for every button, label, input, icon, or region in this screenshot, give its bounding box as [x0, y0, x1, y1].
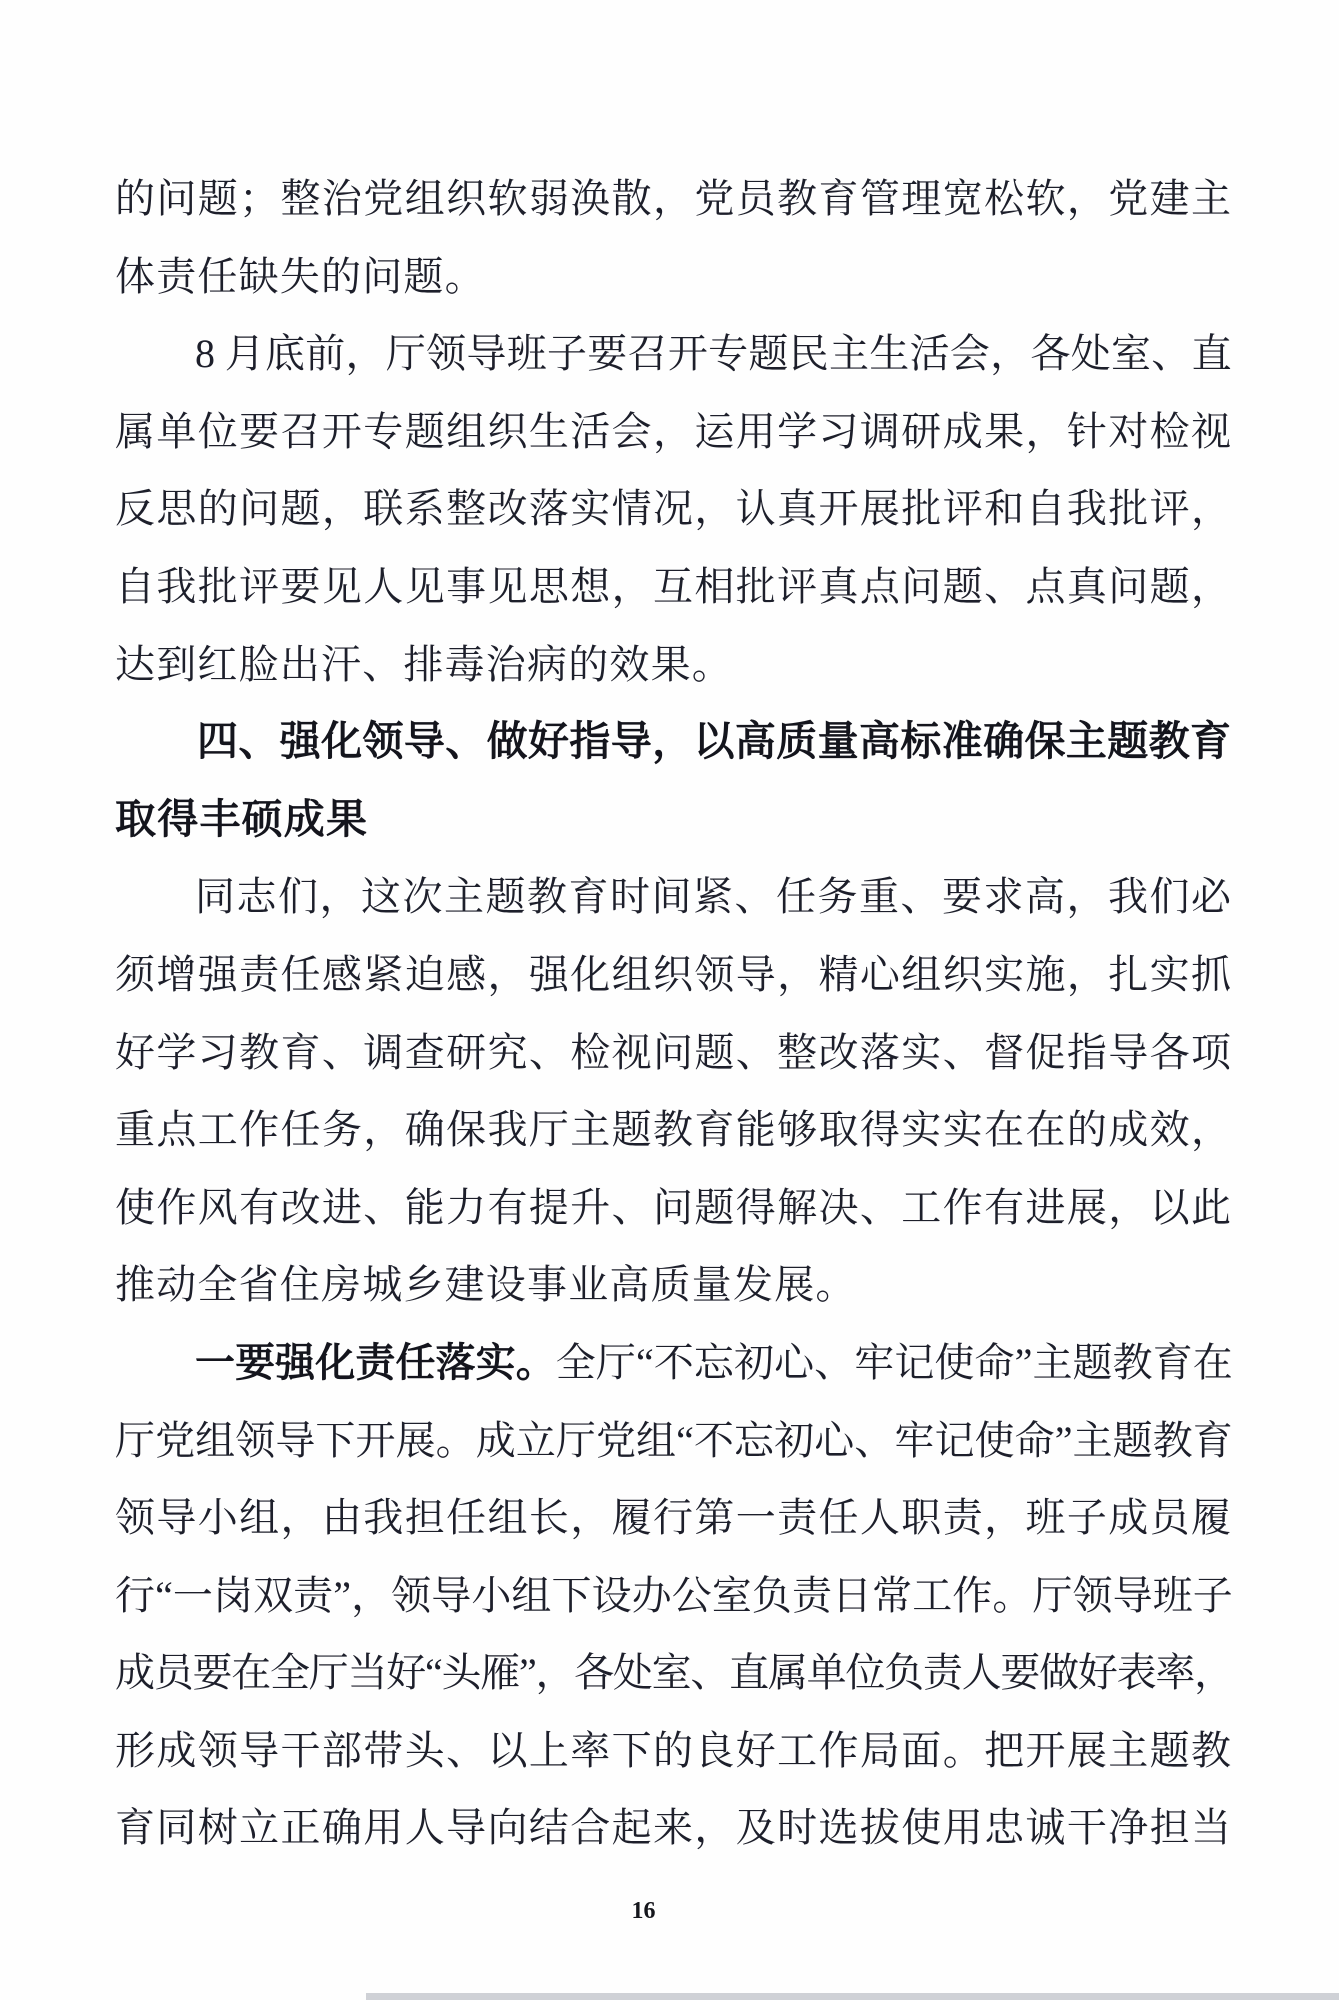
scan-edge-artifact — [366, 1993, 1339, 2000]
page-number: 16 — [0, 1898, 1313, 1925]
text-line: 使作风有改进、能力有提升、问题得解决、工作有进展，以此 — [115, 1169, 1231, 1247]
text-line: 8 月底前，厅领导班子要召开专题民主生活会，各处室、直 — [115, 315, 1231, 393]
run-in-emphasis: 一要强化责任落实。 — [195, 1341, 556, 1385]
text-line: 好学习教育、调查研究、检视问题、整改落实、督促指导各项 — [115, 1014, 1231, 1092]
text-run: 全厅“不忘初心、牢记使命”主题教育在 — [556, 1340, 1231, 1385]
text-line: 厅党组领导下开展。成立厅党组“不忘初心、牢记使命”主题教育 — [115, 1402, 1231, 1480]
text-line: 体责任缺失的问题。 — [115, 238, 1231, 316]
text-line: 领导小组，由我担任组长，履行第一责任人职责，班子成员履 — [115, 1479, 1231, 1557]
text-line: 一要强化责任落实。全厅“不忘初心、牢记使命”主题教育在 — [115, 1324, 1231, 1402]
text-line: 的问题；整治党组织软弱涣散，党员教育管理宽松软，党建主 — [115, 160, 1231, 238]
text-line: 反思的问题，联系整改落实情况，认真开展批评和自我批评， — [115, 470, 1231, 548]
text-line: 达到红脸出汗、排毒治病的效果。 — [115, 626, 1231, 704]
document-page: 的问题；整治党组织软弱涣散，党员教育管理宽松软，党建主 体责任缺失的问题。 8 … — [0, 0, 1339, 2000]
section-heading-line: 四、强化领导、做好指导，以高质量高标准确保主题教育 — [115, 703, 1231, 781]
text-line: 须增强责任感紧迫感，强化组织领导，精心组织实施，扎实抓 — [115, 936, 1231, 1014]
text-line: 育同树立正确用人导向结合起来，及时选拔使用忠诚干净担当 — [115, 1789, 1231, 1867]
text-line: 成员要在全厅当好“头雁”，各处室、直属单位负责人要做好表率， — [115, 1634, 1231, 1712]
text-line: 同志们，这次主题教育时间紧、任务重、要求高，我们必 — [115, 858, 1231, 936]
text-line: 形成领导干部带头、以上率下的良好工作局面。把开展主题教 — [115, 1712, 1231, 1790]
text-line: 自我批评要见人见事见思想，互相批评真点问题、点真问题， — [115, 548, 1231, 626]
text-line: 行“一岗双责”，领导小组下设办公室负责日常工作。厅领导班子 — [115, 1557, 1231, 1635]
section-heading-line: 取得丰硕成果 — [115, 781, 1231, 859]
document-body: 的问题；整治党组织软弱涣散，党员教育管理宽松软，党建主 体责任缺失的问题。 8 … — [115, 160, 1231, 1867]
text-line: 推动全省住房城乡建设事业高质量发展。 — [115, 1246, 1231, 1324]
text-line: 重点工作任务，确保我厅主题教育能够取得实实在在的成效， — [115, 1091, 1231, 1169]
text-line: 属单位要召开专题组织生活会，运用学习调研成果，针对检视 — [115, 393, 1231, 471]
